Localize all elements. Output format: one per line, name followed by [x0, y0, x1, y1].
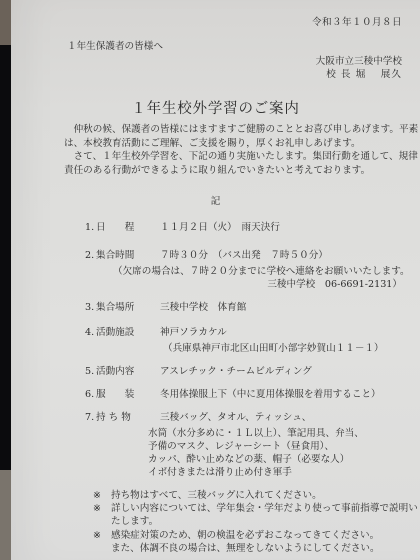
item-number: 1. — [85, 221, 94, 234]
item-number: 6. — [85, 388, 94, 401]
intro-line: 仲秋の候、保護者の皆様にはますますご健勝のこととお喜び申しあげます。平素 — [64, 123, 419, 137]
item-number: 2. — [85, 249, 94, 262]
item-number: 4. — [85, 326, 94, 339]
item-schedule: 1. 日 程 １１月２日（火） 雨天決行 — [85, 221, 415, 235]
item-value: 三稜バッグ、タオル、ティッシュ、 — [160, 411, 311, 424]
facility-address: （兵庫県神戸市北区山田町小部字妙賀山１１－１） — [163, 340, 384, 354]
note-mark: ※ — [93, 489, 101, 502]
item-number: 7. — [85, 411, 94, 424]
belongings-line: 予備のマスク、レジャーシート（昼食用）、 — [148, 438, 334, 452]
sender-school: 大阪市立三稜中学校 — [316, 56, 402, 68]
item-label: 活動内容 — [96, 365, 134, 378]
note-text: また、体調不良の場合は、無理をしないようにしてください。 — [111, 543, 380, 554]
intro-line: 責任のある行動ができるように取り組んでいきたいと考えております。 — [64, 164, 419, 178]
item-label: 活動施設 — [96, 326, 134, 339]
item-clothing: 6. 服 装 冬用体操服上下（中に夏用体操服を着用すること） — [85, 388, 415, 402]
belongings-line: 水筒（水分多めに・１Ｌ以上）、筆記用具、弁当、 — [148, 425, 364, 439]
document-page: 令和３年１０月８日 １年生保護者の皆様へ 大阪市立三稜中学校 校 長 堀 展久 … — [11, 0, 420, 560]
school-phone: 三稜中学校 06-6691-2131） — [267, 276, 402, 290]
addressee: １年生保護者の皆様へ — [67, 41, 163, 53]
item-label: 持 ち 物 — [96, 411, 131, 424]
item-value: 三稜中学校 体育館 — [160, 301, 246, 314]
item-meeting-place: 3. 集合場所 三稜中学校 体育館 — [85, 301, 415, 315]
item-value: 冬用体操服上下（中に夏用体操服を着用すること） — [160, 388, 381, 401]
item-value: １１月２日（火） 雨天決行 — [160, 221, 280, 234]
item-label: 集合時間 — [96, 249, 134, 262]
note-continuation: また、体調不良の場合は、無理をしないようにしてください。 — [93, 542, 418, 555]
belongings-line: イボ付きまたは滑り止め付き軍手 — [148, 464, 292, 478]
note-mark: ※ — [93, 529, 101, 542]
note: ※ 持ち物はすべて、三稜バッグに入れてください。 — [93, 489, 418, 502]
note-text: たします。 — [111, 516, 158, 527]
item-value: アスレチック・チームビルディング — [160, 365, 312, 378]
intro-line: は、本校教育活動にご理解、ご支援を賜り，厚くお礼申しあげます。 — [64, 137, 419, 151]
ki-heading: 記 — [11, 193, 420, 207]
note-continuation: たします。 — [93, 515, 418, 528]
item-number: 5. — [85, 365, 94, 378]
notes-section: ※ 持ち物はすべて、三稜バッグに入れてください。 ※ 詳しい内容については、学年… — [93, 489, 418, 555]
item-number: 3. — [85, 301, 94, 314]
item-value: 神戸ソラカケル — [160, 326, 227, 339]
note: ※ 詳しい内容については、学年集会・学年だより使って事前指導で説明い — [93, 502, 418, 515]
intro-paragraph: 仲秋の候、保護者の皆様にはますますご健勝のこととお喜び申しあげます。平素 は、本… — [64, 123, 419, 177]
item-belongings: 7. 持 ち 物 三稜バッグ、タオル、ティッシュ、 — [85, 411, 415, 425]
item-label: 集合場所 — [96, 301, 134, 314]
sender-principal: 校 長 堀 展久 — [326, 69, 402, 81]
item-value: ７時３０分 （バス出発 ７時５０分） — [160, 249, 328, 262]
document-title: １年生校外学習のご案内 — [11, 97, 420, 118]
absence-notice: （欠席の場合は、７時２０分までに学校へ連絡をお願いいたします。 — [113, 263, 410, 277]
note-text: 持ち物はすべて、三稜バッグに入れてください。 — [111, 490, 322, 501]
note: ※ 感染症対策のため、朝の検温を必ずおこなってきてください。 — [93, 529, 418, 542]
intro-line: さて、１年生校外学習を、下記の通り実施いたします。集団行動を通して、規律・ — [64, 150, 419, 164]
note-text: 感染症対策のため、朝の検温を必ずおこなってきてください。 — [111, 530, 379, 541]
note-mark: ※ — [93, 502, 101, 515]
item-label: 服 装 — [96, 388, 134, 401]
item-label: 日 程 — [96, 221, 134, 234]
note-text: 詳しい内容については、学年集会・学年だより使って事前指導で説明い — [111, 503, 418, 514]
item-meeting-time: 2. 集合時間 ７時３０分 （バス出発 ７時５０分） — [85, 249, 415, 263]
item-facility: 4. 活動施設 神戸ソラカケル — [85, 326, 415, 340]
document-date: 令和３年１０月８日 — [312, 17, 402, 29]
belongings-line: カッパ、酔い止めなどの薬、帽子（必要な人） — [148, 451, 349, 465]
item-activity: 5. 活動内容 アスレチック・チームビルディング — [85, 365, 415, 379]
